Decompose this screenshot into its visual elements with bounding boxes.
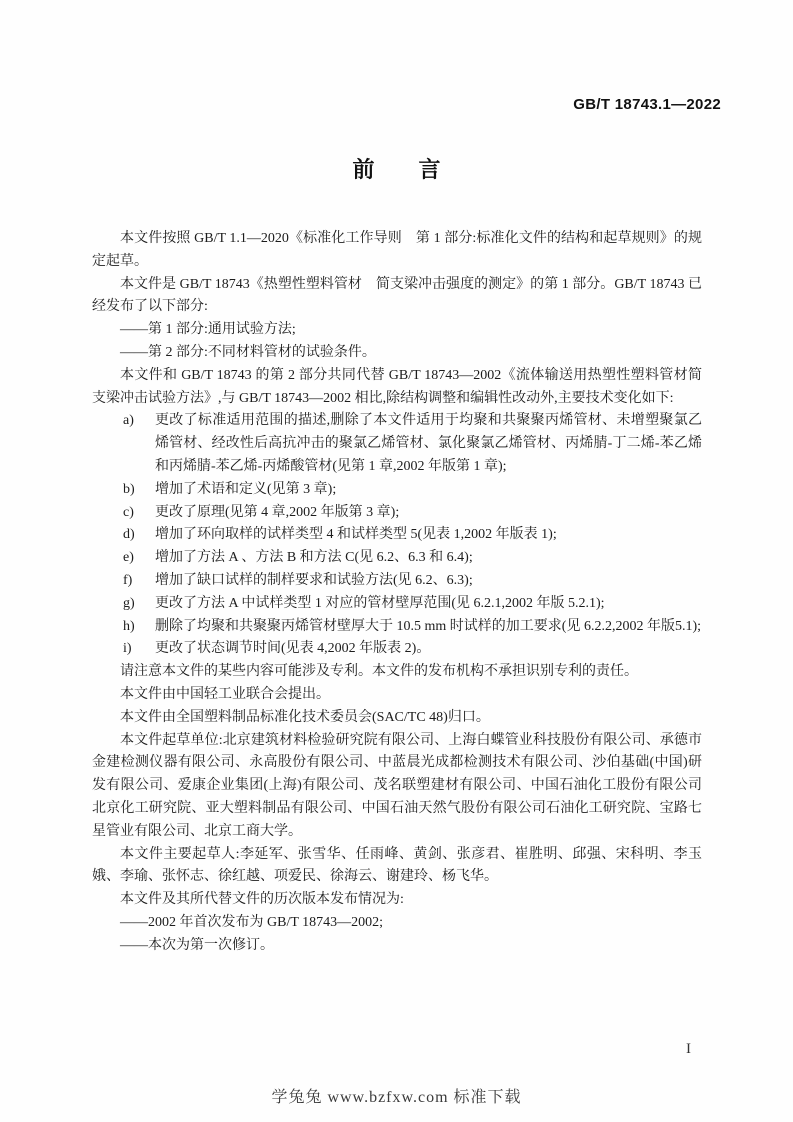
change-item-b: b) 增加了术语和定义(见第 3 章); (92, 479, 702, 502)
change-item-text: 增加了环向取样的试样类型 4 和试样类型 5(见表 1,2002 年版表 1); (155, 527, 557, 542)
change-item-marker: g) (123, 593, 135, 616)
paragraph-history-intro: 本文件及其所代替文件的历次版本发布情况为: (92, 889, 702, 912)
change-item-f: f) 增加了缺口试样的制样要求和试验方法(见 6.2、6.3); (92, 570, 702, 593)
page-number: I (686, 1041, 691, 1058)
change-item-text: 更改了原理(见第 4 章,2002 年版第 3 章); (155, 505, 399, 520)
paragraph-proposer: 本文件由中国轻工业联合会提出。 (92, 684, 702, 707)
change-item-e: e) 增加了方法 A 、方法 B 和方法 C(见 6.2、6.3 和 6.4); (92, 547, 702, 570)
list-item-part-1: ——第 1 部分:通用试验方法; (92, 319, 702, 342)
list-item-history-1: ——2002 年首次发布为 GB/T 18743—2002; (92, 912, 702, 935)
foreword-content: 本文件按照 GB/T 1.1—2020《标准化工作导则 第 1 部分:标准化文件… (92, 228, 702, 958)
paragraph-drafting-basis: 本文件按照 GB/T 1.1—2020《标准化工作导则 第 1 部分:标准化文件… (92, 228, 702, 274)
change-item-h: h) 删除了均聚和共聚聚丙烯管材壁厚大于 10.5 mm 时试样的加工要求(见 … (92, 616, 702, 639)
change-item-marker: c) (123, 502, 134, 525)
change-item-marker: f) (123, 570, 132, 593)
change-item-marker: i) (123, 638, 132, 661)
change-item-text: 删除了均聚和共聚聚丙烯管材壁厚大于 10.5 mm 时试样的加工要求(见 6.2… (155, 619, 701, 634)
change-item-c: c) 更改了原理(见第 4 章,2002 年版第 3 章); (92, 502, 702, 525)
standard-number: GB/T 18743.1—2022 (573, 96, 721, 113)
change-item-text: 增加了缺口试样的制样要求和试验方法(见 6.2、6.3); (155, 573, 473, 588)
change-item-marker: b) (123, 479, 135, 502)
paragraph-patent-notice: 请注意本文件的某些内容可能涉及专利。本文件的发布机构不承担识别专利的责任。 (92, 661, 702, 684)
watermark-text: 学兔兔 www.bzfxw.com 标准下载 (0, 1084, 793, 1107)
change-item-marker: e) (123, 547, 134, 570)
change-item-g: g) 更改了方法 A 中试样类型 1 对应的管材壁厚范围(见 6.2.1,200… (92, 593, 702, 616)
change-item-marker: a) (123, 410, 134, 433)
list-item-history-2: ——本次为第一次修订。 (92, 935, 702, 958)
change-item-marker: d) (123, 524, 135, 547)
change-item-text: 增加了方法 A 、方法 B 和方法 C(见 6.2、6.3 和 6.4); (155, 550, 473, 565)
change-item-text: 更改了状态调节时间(见表 4,2002 年版表 2)。 (155, 641, 430, 656)
change-item-text: 更改了标准适用范围的描述,删除了本文件适用于均聚和共聚聚丙烯管材、未增塑聚氯乙烯… (155, 413, 702, 474)
paragraph-part-intro: 本文件是 GB/T 18743《热塑性塑料管材 简支梁冲击强度的测定》的第 1 … (92, 274, 702, 320)
document-page: GB/T 18743.1—2022 前 言 本文件按照 GB/T 1.1—202… (0, 0, 793, 1122)
list-item-part-2: ——第 2 部分:不同材料管材的试验条件。 (92, 342, 702, 365)
change-item-a: a) 更改了标准适用范围的描述,删除了本文件适用于均聚和共聚聚丙烯管材、未增塑聚… (92, 410, 702, 478)
page-title: 前 言 (0, 153, 793, 184)
change-item-text: 增加了术语和定义(见第 3 章); (155, 482, 336, 497)
paragraph-drafters: 本文件主要起草人:李延军、张雪华、任雨峰、黄剑、张彦君、崔胜明、邱强、宋科明、李… (92, 844, 702, 890)
change-item-d: d) 增加了环向取样的试样类型 4 和试样类型 5(见表 1,2002 年版表 … (92, 524, 702, 547)
change-item-marker: h) (123, 616, 135, 639)
paragraph-drafting-units: 本文件起草单位:北京建筑材料检验研究院有限公司、上海白蝶管业科技股份有限公司、承… (92, 730, 702, 844)
change-item-text: 更改了方法 A 中试样类型 1 对应的管材壁厚范围(见 6.2.1,2002 年… (155, 596, 605, 611)
paragraph-replacement: 本文件和 GB/T 18743 的第 2 部分共同代替 GB/T 18743—2… (92, 365, 702, 411)
paragraph-committee: 本文件由全国塑料制品标准化技术委员会(SAC/TC 48)归口。 (92, 707, 702, 730)
change-item-i: i) 更改了状态调节时间(见表 4,2002 年版表 2)。 (92, 638, 702, 661)
